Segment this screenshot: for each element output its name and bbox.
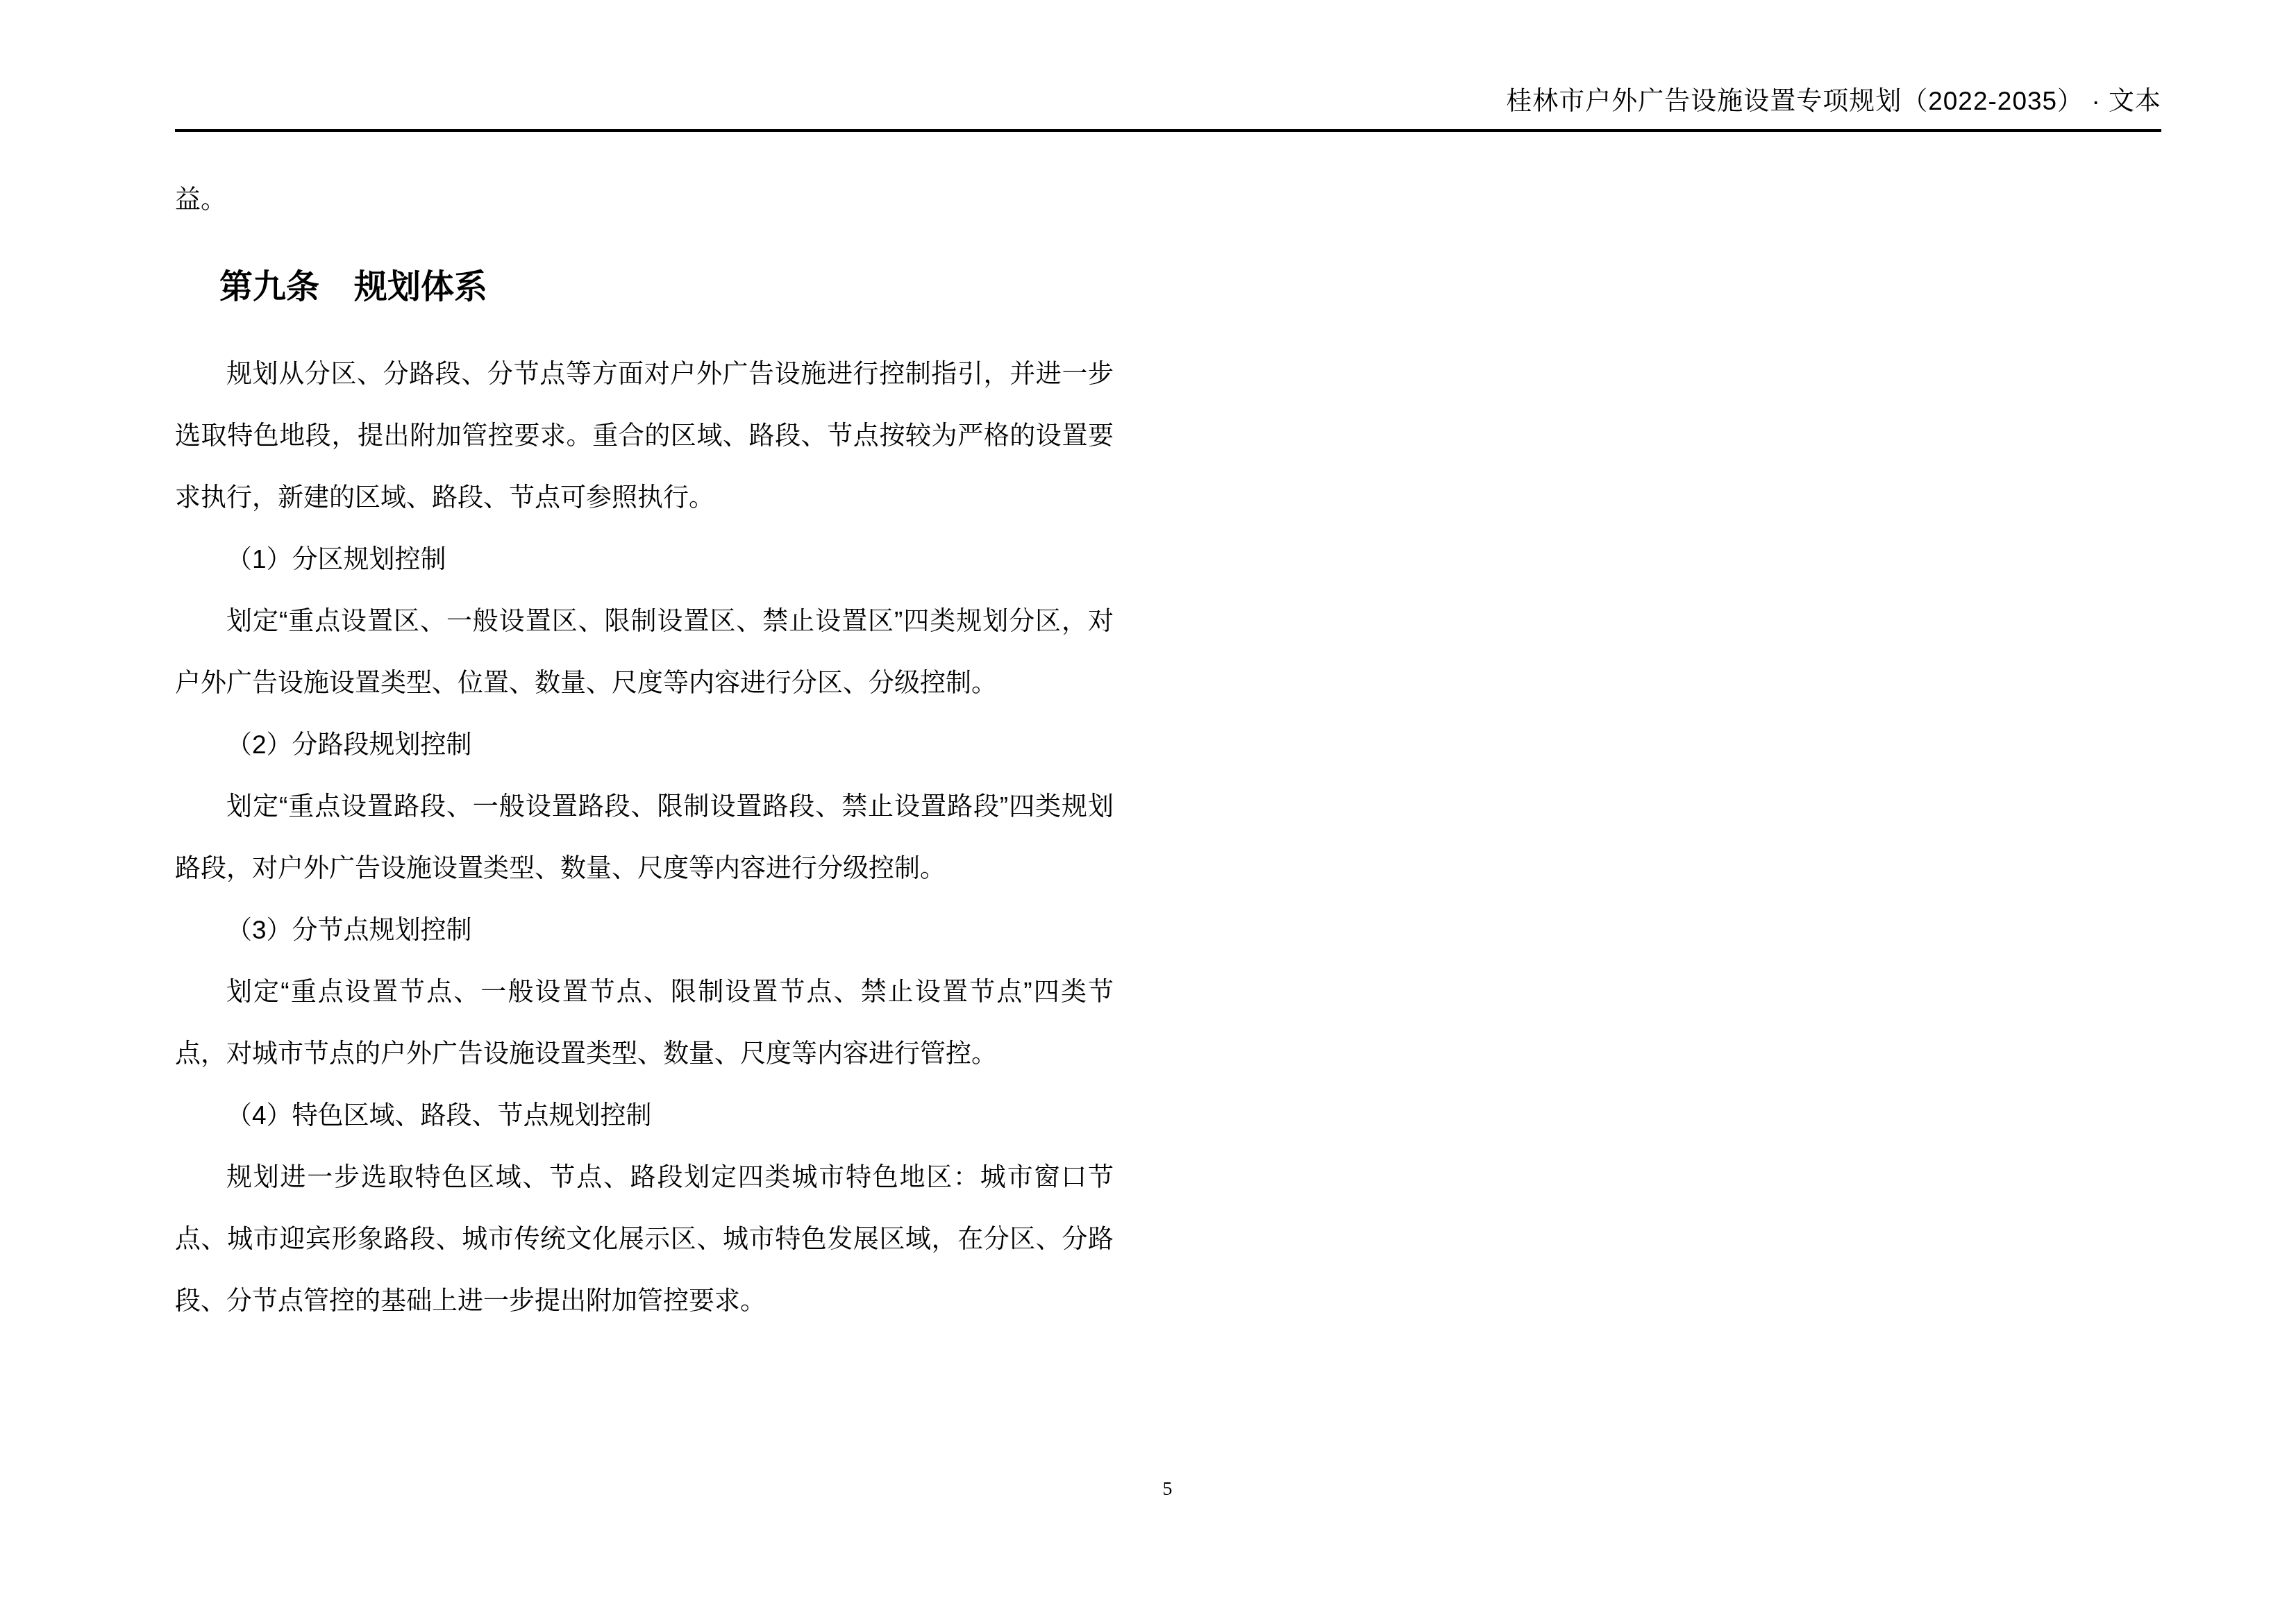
- paragraph: 规划从分区、分路段、分节点等方面对户外广告设施进行控制指引，并进一步选取特色地段…: [175, 343, 1114, 528]
- page-header-title: 桂林市户外广告设施设置专项规划（2022-2035） · 文本: [175, 86, 2161, 117]
- header-divider-line: [175, 129, 2161, 132]
- paragraph: 划定“重点设置区、一般设置区、限制设置区、禁止设置区”四类规划分区，对户外广告设…: [175, 590, 1114, 714]
- section-title: 规划体系: [354, 269, 487, 305]
- paragraph-subitem: （1）分区规划控制: [175, 528, 1114, 590]
- paragraph-subitem: （4）特色区域、路段、节点规划控制: [175, 1085, 1114, 1146]
- carryover-text: 益。: [175, 169, 1114, 231]
- section-number: 第九条: [219, 269, 319, 305]
- paragraph: 规划进一步选取特色区域、节点、路段划定四类城市特色地区：城市窗口节点、城市迎宾形…: [175, 1146, 1114, 1332]
- document-body: 益。 第九条规划体系 规划从分区、分路段、分节点等方面对户外广告设施进行控制指引…: [175, 169, 1114, 1332]
- paragraph-list: 规划从分区、分路段、分节点等方面对户外广告设施进行控制指引，并进一步选取特色地段…: [175, 343, 1114, 1332]
- document-page: 桂林市户外广告设施设置专项规划（2022-2035） · 文本 益。 第九条规划…: [0, 0, 2296, 1624]
- section-heading: 第九条规划体系: [175, 262, 1114, 312]
- page-number: 5: [39, 1477, 2296, 1501]
- paragraph: 划定“重点设置路段、一般设置路段、限制设置路段、禁止设置路段”四类规划路段，对户…: [175, 776, 1114, 899]
- paragraph-subitem: （3）分节点规划控制: [175, 899, 1114, 961]
- paragraph-subitem: （2）分路段规划控制: [175, 714, 1114, 776]
- paragraph: 划定“重点设置节点、一般设置节点、限制设置节点、禁止设置节点”四类节点，对城市节…: [175, 961, 1114, 1085]
